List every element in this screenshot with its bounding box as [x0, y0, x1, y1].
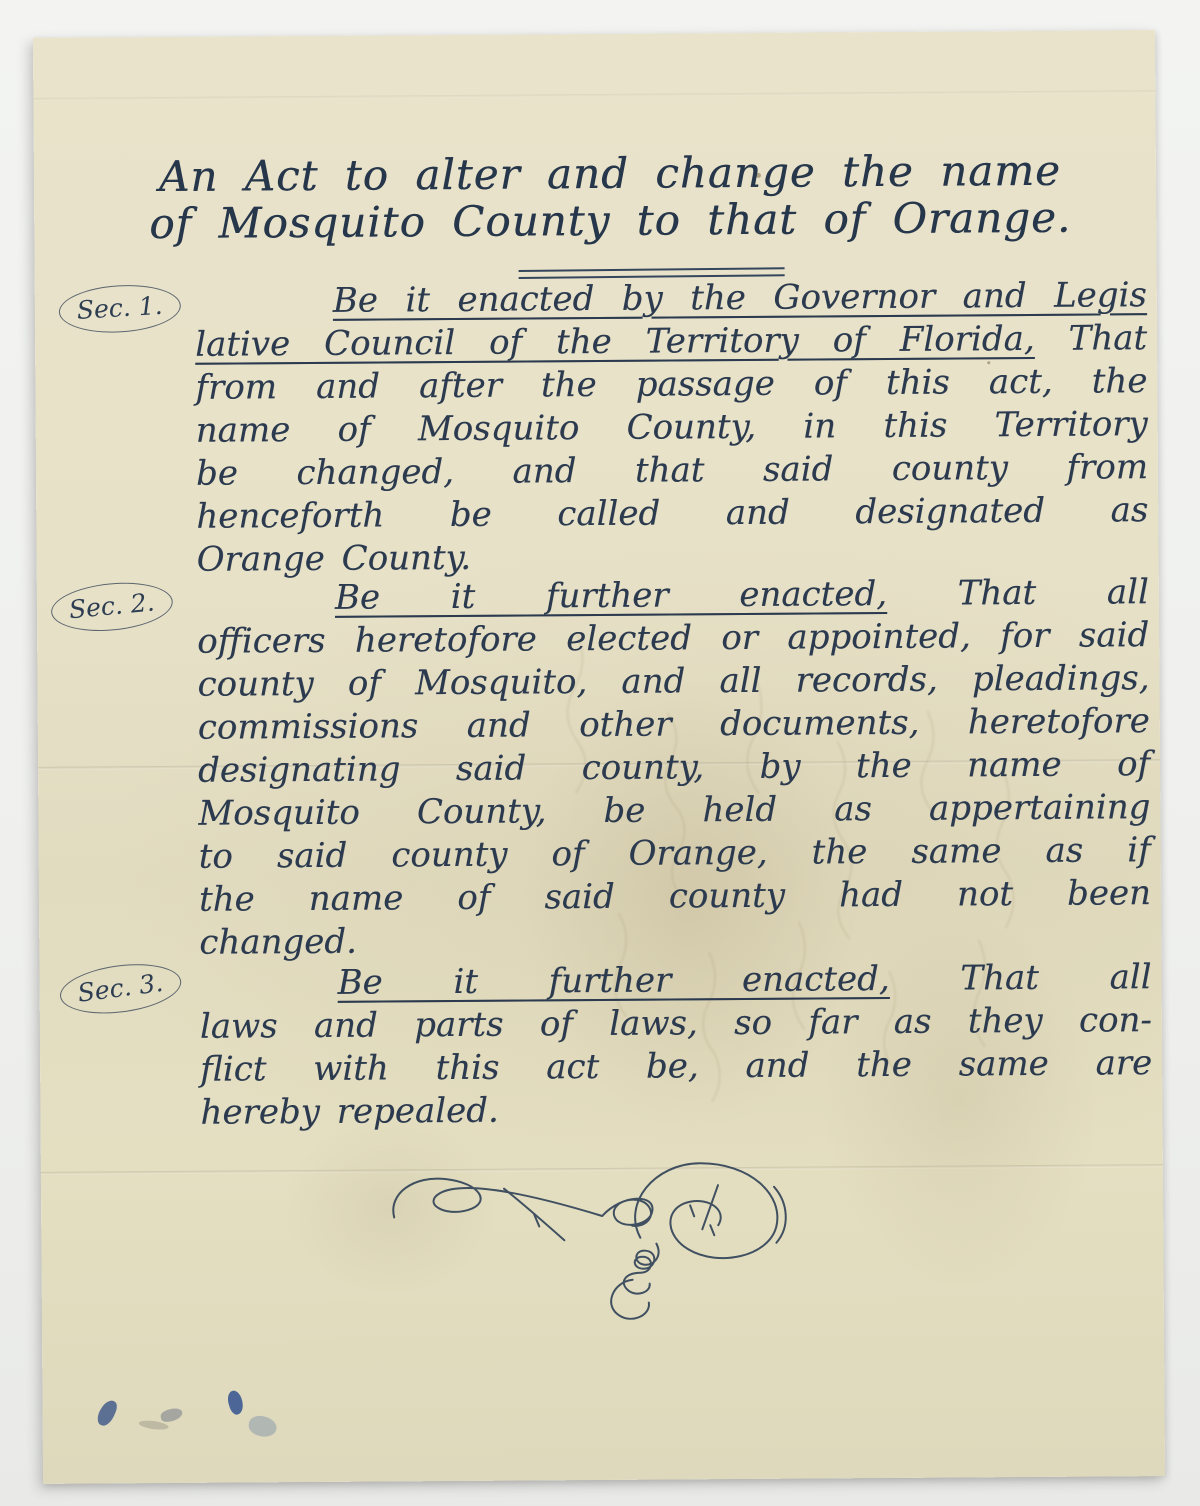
manuscript-line: flict with this act be, and the same are — [200, 1042, 1152, 1092]
manuscript-line: hereby repealed. — [200, 1085, 1152, 1135]
underlined-phrase: lative Council of the Territory of Flori… — [195, 319, 1035, 365]
line-text: changed. — [199, 922, 357, 963]
line-text: designating said county, by the name of — [198, 744, 1150, 791]
document-title: An Act to alter and change the name of M… — [104, 146, 1117, 247]
line-text: county of Mosquito, and all records, ple… — [197, 658, 1149, 705]
manuscript-line: the name of said county had not been — [199, 872, 1151, 922]
underlined-phrase: Be it further enacted, — [335, 574, 887, 618]
line-text: That — [1034, 318, 1147, 359]
line-text: flict with this act be, and the same are — [200, 1043, 1152, 1090]
line-text: Orange County. — [196, 538, 471, 580]
manuscript-line: Mosquito County, be held as appertaining — [198, 786, 1150, 836]
ink-smudge — [247, 1414, 278, 1438]
photo-background: { "page": { "background_color": "#eff0ee… — [0, 0, 1200, 1506]
line-text: to said county of Orange, the same as if — [199, 830, 1151, 877]
manuscript-line: Be it further enacted, That all — [199, 956, 1151, 1006]
line-text: be changed, and that said county from — [196, 447, 1148, 494]
line-text: the name of said county had not been — [199, 873, 1151, 920]
manuscript-line: laws and parts of laws, so far as they c… — [200, 999, 1152, 1049]
line-text: commissions and other documents, heretof… — [198, 701, 1150, 748]
section-1-text: Be it enacted by the Governor and Legis … — [195, 274, 1149, 582]
manuscript-line: officers heretofore elected or appointed… — [197, 614, 1149, 664]
manuscript-line: lative Council of the Territory of Flori… — [195, 317, 1147, 367]
fold-crease-top — [33, 90, 1155, 101]
section-2-text: Be it further enacted, That all officers… — [197, 571, 1152, 965]
line-text: That all — [887, 572, 1149, 614]
line-text: name of Mosquito County, in this Territo… — [196, 404, 1148, 451]
manuscript-line: commissions and other documents, heretof… — [198, 700, 1150, 750]
underlined-phrase: Be it further enacted, — [337, 959, 889, 1003]
ink-smudge — [138, 1419, 169, 1431]
line-text: laws and parts of laws, so far as they c… — [200, 1000, 1152, 1047]
section-3-label: Sec. 3. — [57, 958, 184, 1020]
manuscript-line: to said county of Orange, the same as if — [199, 829, 1151, 879]
line-text: from and after the passage of this act, … — [195, 361, 1147, 408]
manuscript-line: be changed, and that said county from — [196, 446, 1148, 496]
ink-smudge — [160, 1407, 184, 1423]
section-2-label: Sec. 2. — [49, 578, 175, 636]
line-text: That all — [889, 957, 1151, 999]
ink-smudge — [225, 1389, 246, 1416]
section-1-label: Sec. 1. — [58, 282, 182, 336]
manuscript-line: henceforth be called and designated as — [196, 489, 1148, 539]
signature-flourish — [386, 1151, 801, 1322]
manuscript-line: name of Mosquito County, in this Territo… — [196, 403, 1148, 453]
manuscript-line: Be it further enacted, That all — [197, 571, 1149, 621]
section-3-text: Be it further enacted, That all laws and… — [199, 956, 1152, 1135]
manuscript-line: from and after the passage of this act, … — [195, 360, 1147, 410]
document-paper: An Act to alter and change the name of M… — [33, 30, 1165, 1484]
line-text: henceforth be called and designated as — [196, 490, 1148, 537]
manuscript-line: county of Mosquito, and all records, ple… — [197, 657, 1149, 707]
manuscript-line: Be it enacted by the Governor and Legis — [195, 274, 1147, 324]
manuscript-line: designating said county, by the name of — [198, 743, 1150, 793]
ink-smudge — [95, 1398, 120, 1429]
line-text: officers heretofore elected or appointed… — [197, 615, 1149, 662]
line-text: hereby repealed. — [200, 1091, 499, 1133]
line-text: Mosquito County, be held as appertaining — [198, 787, 1150, 834]
title-line-2: of Mosquito County to that of Orange. — [104, 193, 1116, 247]
underlined-phrase: Be it enacted by the Governor and Legis — [333, 275, 1147, 321]
title-line-1: An Act to alter and change the name — [104, 146, 1116, 200]
